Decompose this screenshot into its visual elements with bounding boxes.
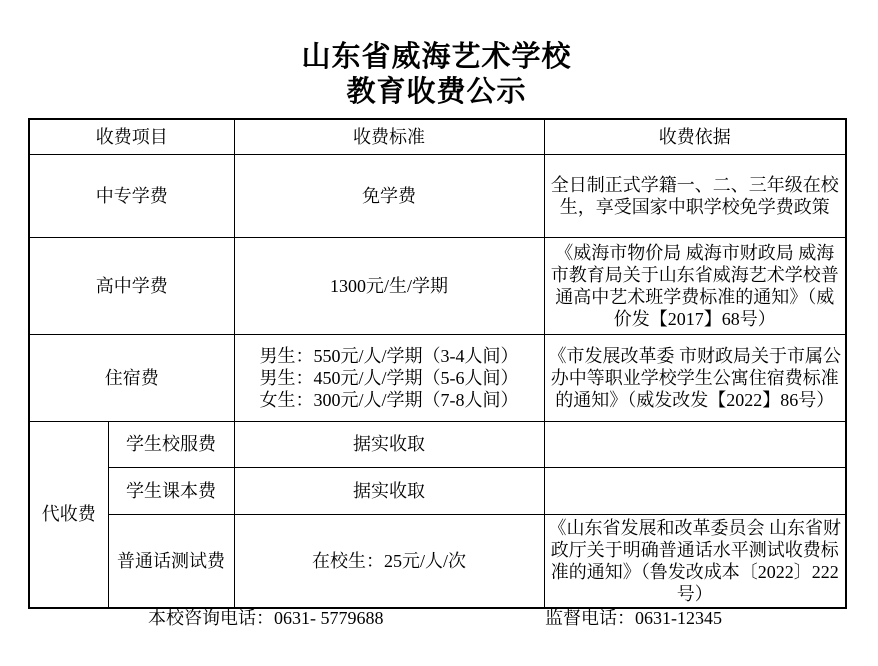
cell-basis: 全日制正式学籍一、二、三年级在校生，享受国家中职学校免学费政策	[544, 154, 846, 237]
cell-standard: 男生：550元/人/学期（3-4人间） 男生：450元/人/学期（5-6人间） …	[234, 334, 544, 421]
cell-basis: 《威海市物价局 威海市财政局 威海市教育局关于山东省威海艺术学校普通高中艺术班学…	[544, 237, 846, 334]
table-row-putonghua-test-fee: 普通话测试费 在校生：25元/人/次 《山东省发展和改革委员会 山东省财政厅关于…	[29, 514, 846, 608]
cell-item: 学生课本费	[108, 467, 234, 514]
header-item: 收费项目	[29, 119, 234, 154]
header-basis: 收费依据	[544, 119, 846, 154]
cell-item: 中专学费	[29, 154, 234, 237]
table-row-zhongzhuan-tuition: 中专学费 免学费 全日制正式学籍一、二、三年级在校生，享受国家中职学校免学费政策	[29, 154, 846, 237]
table-row-uniform-fee: 代收费 学生校服费 据实收取	[29, 421, 846, 467]
page-title: 山东省威海艺术学校 教育收费公示	[28, 40, 845, 110]
standard-line: 女生：300元/人/学期（7-8人间）	[238, 389, 541, 411]
cell-basis: 《市发展改革委 市财政局关于市属公办中等职业学校学生公寓住宿费标准的通知》（威发…	[544, 334, 846, 421]
cell-standard: 在校生：25元/人/次	[234, 514, 544, 608]
cell-basis: 《山东省发展和改革委员会 山东省财政厅关于明确普通话水平测试收费标准的通知》（鲁…	[544, 514, 846, 608]
cell-standard: 1300元/生/学期	[234, 237, 544, 334]
cell-item: 高中学费	[29, 237, 234, 334]
cell-standard: 免学费	[234, 154, 544, 237]
cell-item: 住宿费	[29, 334, 234, 421]
table-row-accommodation-fee: 住宿费 男生：550元/人/学期（3-4人间） 男生：450元/人/学期（5-6…	[29, 334, 846, 421]
page-title-line1: 山东省威海艺术学校	[28, 40, 845, 75]
cell-standard: 据实收取	[234, 421, 544, 467]
cell-standard: 据实收取	[234, 467, 544, 514]
standard-line: 男生：450元/人/学期（5-6人间）	[238, 367, 541, 389]
cell-basis	[544, 467, 846, 514]
header-standard: 收费标准	[234, 119, 544, 154]
cell-agency-group-label: 代收费	[29, 421, 108, 608]
table-header-row: 收费项目 收费标准 收费依据	[29, 119, 846, 154]
consult-phone: 本校咨询电话：0631- 5779688	[148, 604, 384, 630]
table-row-gaozhong-tuition: 高中学费 1300元/生/学期 《威海市物价局 威海市财政局 威海市教育局关于山…	[29, 237, 846, 334]
cell-item: 普通话测试费	[108, 514, 234, 608]
fee-table: 收费项目 收费标准 收费依据 中专学费 免学费 全日制正式学籍一、二、三年级在校…	[28, 118, 847, 609]
page-title-line2: 教育收费公示	[28, 75, 845, 110]
fee-disclosure-page: 山东省威海艺术学校 教育收费公示 收费项目 收费标准 收费依据 中专学费 免学费…	[0, 0, 878, 666]
table-row-textbook-fee: 学生课本费 据实收取	[29, 467, 846, 514]
supervision-phone: 监督电话：0631-12345	[545, 604, 722, 630]
cell-item: 学生校服费	[108, 421, 234, 467]
cell-basis	[544, 421, 846, 467]
standard-line: 男生：550元/人/学期（3-4人间）	[238, 345, 541, 367]
